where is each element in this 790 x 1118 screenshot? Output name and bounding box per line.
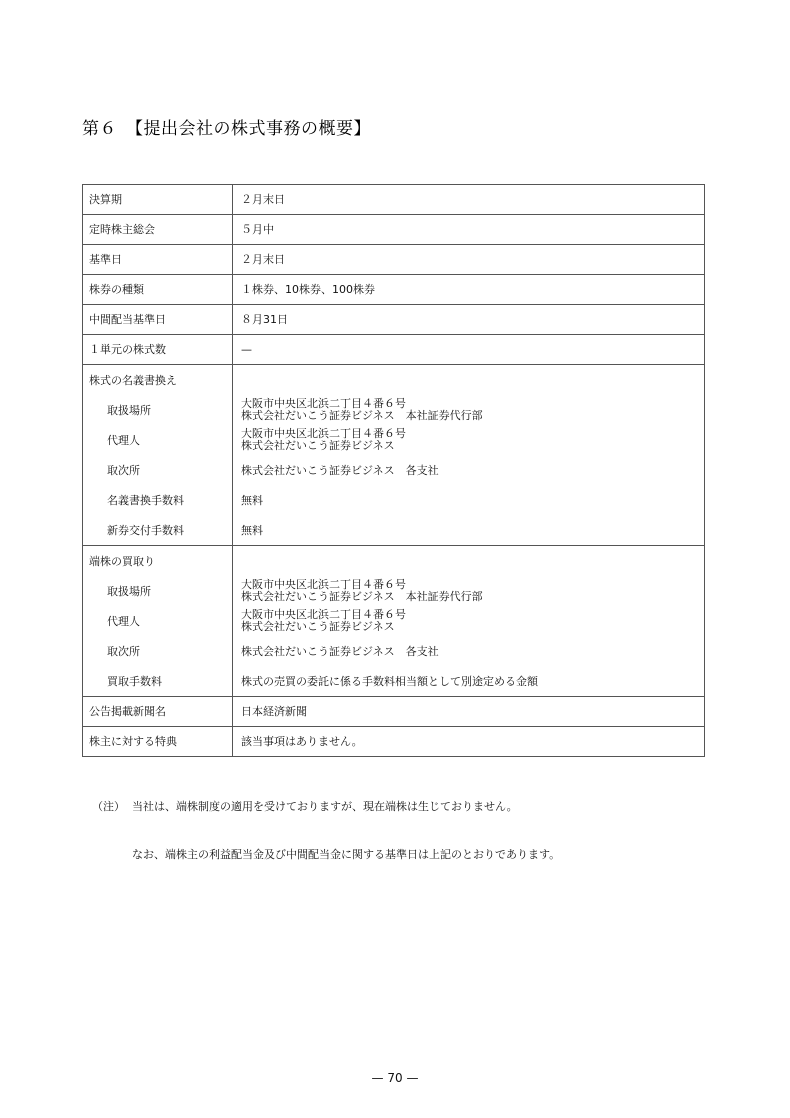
- group-values: 大阪市中央区北浜二丁目４番６号 株式会社だいこう証券ビジネス 本社証券代行部 大…: [233, 365, 705, 546]
- sub-value: 大阪市中央区北浜二丁目４番６号 株式会社だいこう証券ビジネス 本社証券代行部: [233, 395, 704, 425]
- table-row: 株券の種類 １株券、10株券、100株券: [83, 275, 705, 305]
- table-row: １単元の株式数 —: [83, 335, 705, 365]
- table-row: 定時株主総会 ５月中: [83, 215, 705, 245]
- group-labels: 株式の名義書換え 取扱場所 代理人 取次所 名義書換手数料 新券交付手数料: [83, 365, 233, 546]
- footnote: （注）当社は、端株制度の適用を受けておりますが、現在端株は生じておりません。 な…: [92, 767, 560, 879]
- table-group-transfer: 株式の名義書換え 取扱場所 代理人 取次所 名義書換手数料 新券交付手数料 大阪…: [83, 365, 705, 546]
- row-value: １株券、10株券、100株券: [233, 275, 705, 305]
- row-value: —: [233, 335, 705, 365]
- row-value: 該当事項はありません。: [233, 727, 705, 757]
- row-value: ５月中: [233, 215, 705, 245]
- sub-value: 無料: [233, 485, 704, 515]
- sub-value: 大阪市中央区北浜二丁目４番６号 株式会社だいこう証券ビジネス: [233, 425, 704, 455]
- footnote-line-1: （注）当社は、端株制度の適用を受けておりますが、現在端株は生じておりません。: [92, 799, 560, 815]
- table-row: 株主に対する特典 該当事項はありません。: [83, 727, 705, 757]
- sub-value: 株式会社だいこう証券ビジネス 各支社: [233, 455, 704, 485]
- sub-value: 大阪市中央区北浜二丁目４番６号 株式会社だいこう証券ビジネス 本社証券代行部: [233, 576, 704, 606]
- group-heading-value: [233, 546, 704, 576]
- footnote-line-2: なお、端株主の利益配当金及び中間配当金に関する基準日は上記のとおりであります。: [92, 847, 560, 863]
- sub-label: 取次所: [83, 636, 232, 666]
- sub-label: 買取手数料: [83, 666, 232, 696]
- row-label: 決算期: [83, 185, 233, 215]
- stock-affairs-table: 決算期 ２月末日 定時株主総会 ５月中 基準日 ２月末日 株券の種類 １株券、1…: [82, 184, 705, 757]
- sub-value: 無料: [233, 515, 704, 545]
- group-labels: 端株の買取り 取扱場所 代理人 取次所 買取手数料: [83, 546, 233, 697]
- table-row: 中間配当基準日 ８月31日: [83, 305, 705, 335]
- table-row: 公告掲載新聞名 日本経済新聞: [83, 697, 705, 727]
- row-value: ２月末日: [233, 185, 705, 215]
- sub-label: 取扱場所: [83, 576, 232, 606]
- row-value: ８月31日: [233, 305, 705, 335]
- row-label: 株券の種類: [83, 275, 233, 305]
- group-heading: 株式の名義書換え: [83, 365, 232, 395]
- group-values: 大阪市中央区北浜二丁目４番６号 株式会社だいこう証券ビジネス 本社証券代行部 大…: [233, 546, 705, 697]
- sub-value: 株式の売買の委託に係る手数料相当額として別途定める金額: [233, 666, 704, 696]
- sub-label: 代理人: [83, 425, 232, 455]
- footnote-marker: （注）: [92, 799, 132, 815]
- page-title: 第６ 【提出会社の株式事務の概要】: [82, 114, 371, 139]
- row-label: １単元の株式数: [83, 335, 233, 365]
- group-heading-value: [233, 365, 704, 395]
- row-label: 株主に対する特典: [83, 727, 233, 757]
- sub-label: 新券交付手数料: [83, 515, 232, 545]
- sub-label: 取扱場所: [83, 395, 232, 425]
- group-heading: 端株の買取り: [83, 546, 232, 576]
- row-label: 中間配当基準日: [83, 305, 233, 335]
- table-group-buyback: 端株の買取り 取扱場所 代理人 取次所 買取手数料 大阪市中央区北浜二丁目４番６…: [83, 546, 705, 697]
- row-value: 日本経済新聞: [233, 697, 705, 727]
- page-number: — 70 —: [0, 1071, 790, 1085]
- table-row: 決算期 ２月末日: [83, 185, 705, 215]
- footnote-text: 当社は、端株制度の適用を受けておりますが、現在端株は生じておりません。: [132, 800, 518, 813]
- sub-label: 名義書換手数料: [83, 485, 232, 515]
- row-label: 公告掲載新聞名: [83, 697, 233, 727]
- sub-value: 大阪市中央区北浜二丁目４番６号 株式会社だいこう証券ビジネス: [233, 606, 704, 636]
- row-label: 定時株主総会: [83, 215, 233, 245]
- row-value: ２月末日: [233, 245, 705, 275]
- table-row: 基準日 ２月末日: [83, 245, 705, 275]
- row-label: 基準日: [83, 245, 233, 275]
- sub-value: 株式会社だいこう証券ビジネス 各支社: [233, 636, 704, 666]
- sub-label: 取次所: [83, 455, 232, 485]
- sub-label: 代理人: [83, 606, 232, 636]
